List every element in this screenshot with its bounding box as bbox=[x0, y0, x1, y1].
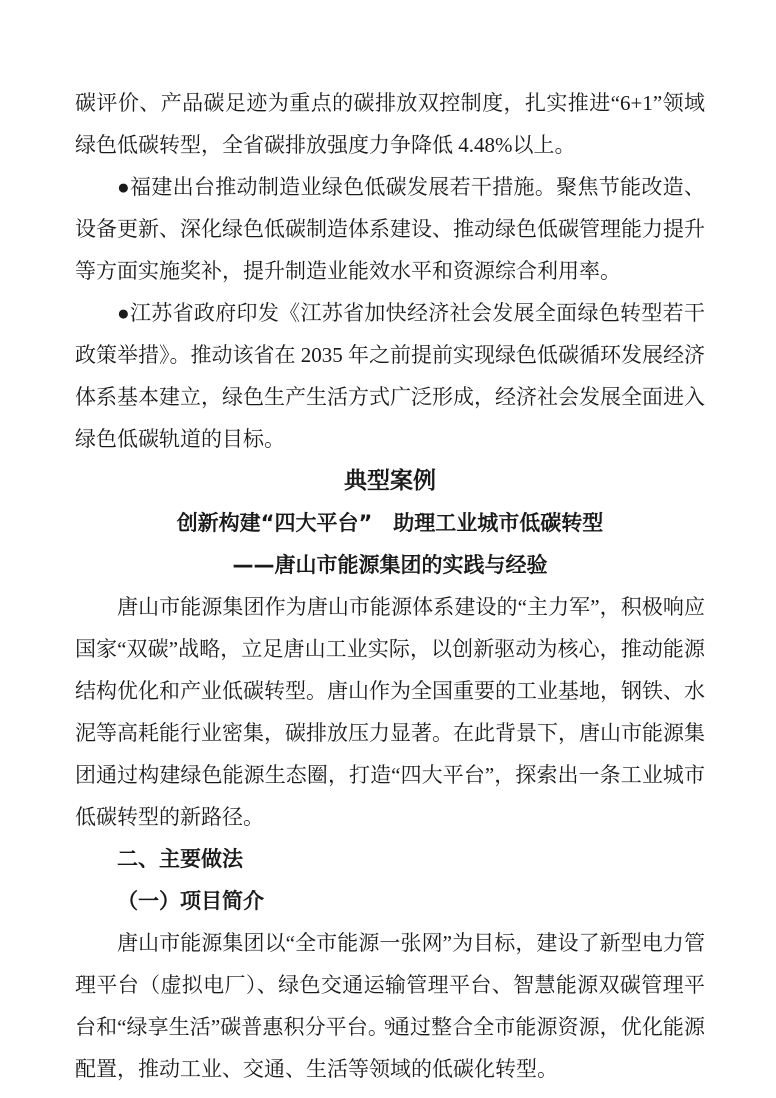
bullet-paragraph-fujian: ●福建出台推动制造业绿色低碳发展若干措施。聚焦节能改造、设备更新、深化绿色低碳制… bbox=[75, 166, 705, 292]
bullet-paragraph-jiangsu: ●江苏省政府印发《江苏省加快经济社会发展全面绿色转型若干政策举措》。推动该省在 … bbox=[75, 292, 705, 460]
document-page: 碳评价、产品碳足迹为重点的碳排放双控制度，扎实推进“6+1”领域绿色低碳转型，全… bbox=[0, 0, 776, 1098]
typical-case-heading: 典型案例 bbox=[75, 460, 705, 502]
case-title: 创新构建“四大平台” 助理工业城市低碳转型 bbox=[75, 502, 705, 544]
section-heading-main-practices: 二、主要做法 bbox=[75, 838, 705, 880]
page-number: 9 bbox=[0, 1016, 776, 1036]
body-paragraph-project-intro: 唐山市能源集团以“全市能源一张网”为目标，建设了新型电力管理平台（虚拟电厂）、绿… bbox=[75, 922, 705, 1090]
body-paragraph-case-intro: 唐山市能源集团作为唐山市能源体系建设的“主力军”，积极响应国家“双碳”战略，立足… bbox=[75, 586, 705, 838]
case-subtitle: ——唐山市能源集团的实践与经验 bbox=[75, 544, 705, 586]
body-paragraph-carbon-control: 碳评价、产品碳足迹为重点的碳排放双控制度，扎实推进“6+1”领域绿色低碳转型，全… bbox=[75, 82, 705, 166]
page-content: 碳评价、产品碳足迹为重点的碳排放双控制度，扎实推进“6+1”领域绿色低碳转型，全… bbox=[75, 82, 705, 1090]
subsection-heading-project-intro: （一）项目简介 bbox=[75, 880, 705, 922]
